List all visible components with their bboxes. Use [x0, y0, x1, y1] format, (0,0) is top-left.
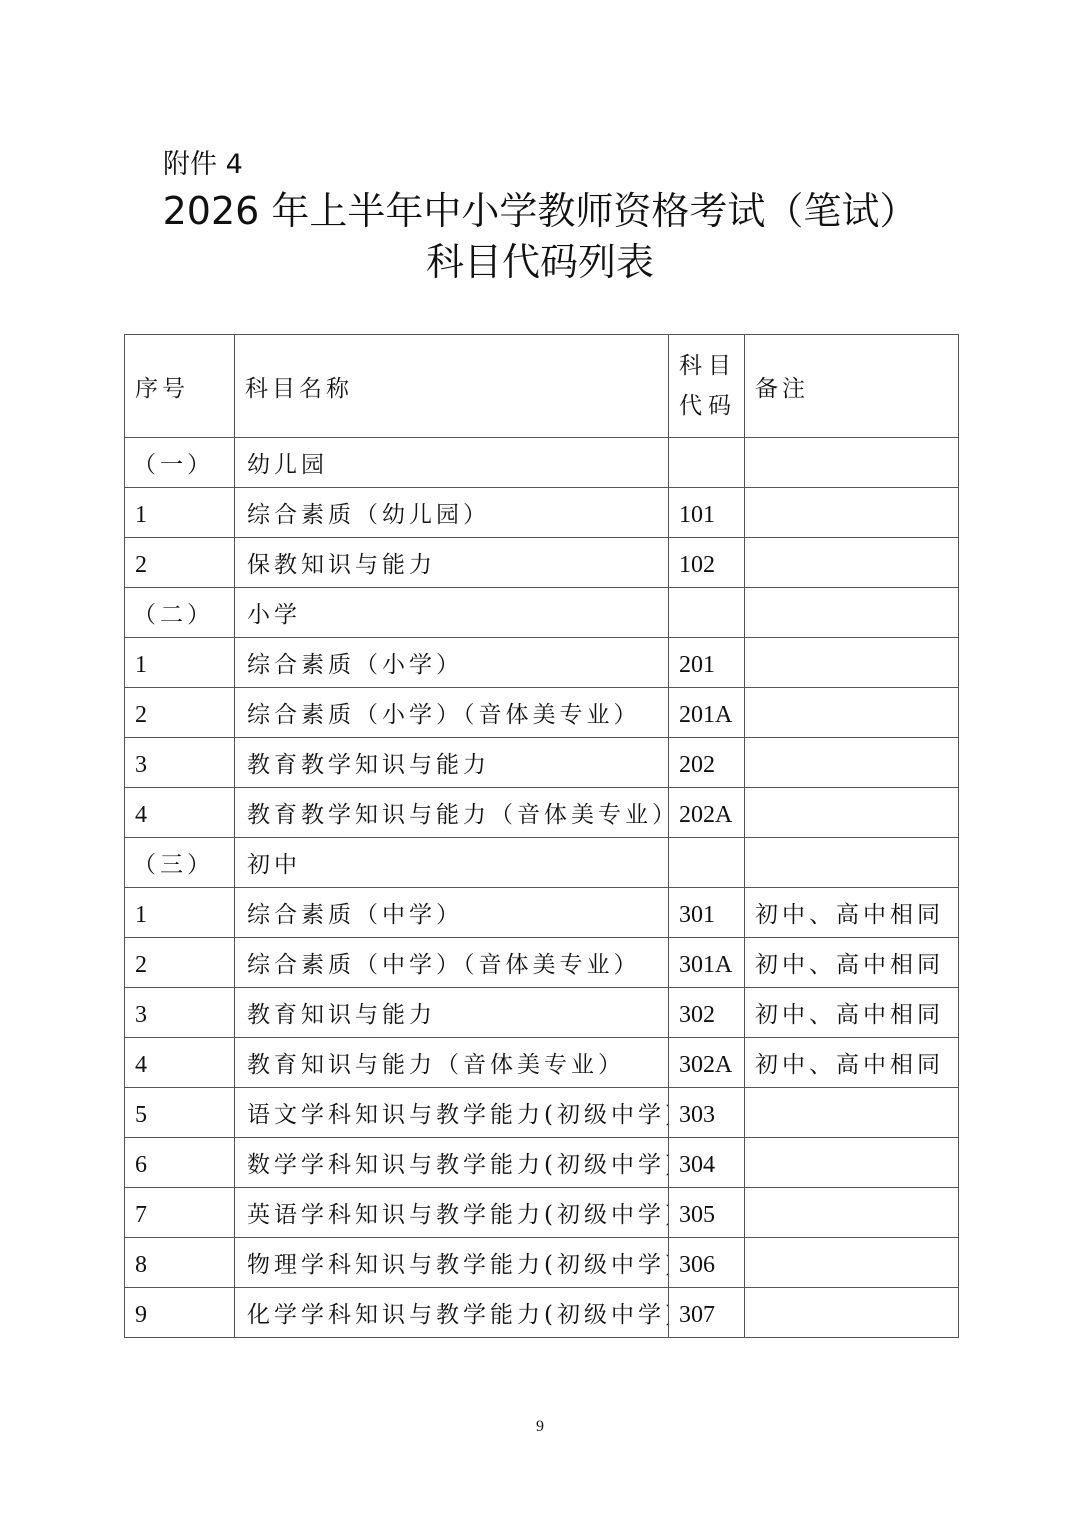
cell-note: [745, 438, 959, 488]
cell-note: [745, 1088, 959, 1138]
cell-seq: 8: [125, 1238, 235, 1288]
table-row: 5语文学科知识与教学能力(初级中学)303: [125, 1088, 959, 1138]
table-header-row: 序号 科目名称 科目代码 备注: [125, 335, 959, 438]
cell-seq: 2: [125, 538, 235, 588]
cell-code: 302A: [669, 1038, 745, 1088]
header-seq: 序号: [125, 335, 235, 438]
header-code-line2: 代码: [679, 393, 737, 419]
cell-note: 初中、高中相同: [745, 938, 959, 988]
cell-seq: 6: [125, 1138, 235, 1188]
cell-name: 初中: [235, 838, 669, 888]
document-subtitle: 科目代码列表: [0, 243, 1080, 281]
cell-name: 化学学科知识与教学能力(初级中学): [235, 1288, 669, 1338]
cell-note: [745, 488, 959, 538]
table-row: 3教育知识与能力302初中、高中相同: [125, 988, 959, 1038]
cell-note: 初中、高中相同: [745, 1038, 959, 1088]
cell-seq: 4: [125, 1038, 235, 1088]
cell-code: [669, 438, 745, 488]
table-row: 6数学学科知识与教学能力(初级中学)304: [125, 1138, 959, 1188]
table-row: 1综合素质（小学）201: [125, 638, 959, 688]
cell-code: 101: [669, 488, 745, 538]
cell-note: [745, 838, 959, 888]
cell-code: 301A: [669, 938, 745, 988]
cell-seq: 1: [125, 638, 235, 688]
table-row: 2综合素质（小学）（音体美专业）201A: [125, 688, 959, 738]
cell-seq: （一）: [125, 438, 235, 488]
cell-seq: 4: [125, 788, 235, 838]
table-row: 4教育知识与能力（音体美专业）302A初中、高中相同: [125, 1038, 959, 1088]
cell-code: 302: [669, 988, 745, 1038]
cell-name: 物理学科知识与教学能力(初级中学): [235, 1238, 669, 1288]
cell-seq: 5: [125, 1088, 235, 1138]
cell-note: [745, 588, 959, 638]
page-number: 9: [0, 1418, 1080, 1436]
cell-seq: 3: [125, 988, 235, 1038]
cell-code: 301: [669, 888, 745, 938]
cell-name: 教育教学知识与能力: [235, 738, 669, 788]
header-code-line1: 科目: [679, 353, 737, 379]
header-note: 备注: [745, 335, 959, 438]
cell-code: [669, 588, 745, 638]
table-row: 7英语学科知识与教学能力(初级中学)305: [125, 1188, 959, 1238]
cell-note: 初中、高中相同: [745, 888, 959, 938]
cell-code: 202: [669, 738, 745, 788]
cell-seq: 7: [125, 1188, 235, 1238]
cell-code: 201: [669, 638, 745, 688]
section-row: （二）小学: [125, 588, 959, 638]
cell-note: [745, 638, 959, 688]
cell-name: 教育知识与能力: [235, 988, 669, 1038]
cell-seq: 1: [125, 888, 235, 938]
table-row: 8物理学科知识与教学能力(初级中学)306: [125, 1238, 959, 1288]
table-row: 1综合素质（中学）301初中、高中相同: [125, 888, 959, 938]
cell-code: [669, 838, 745, 888]
cell-seq: （二）: [125, 588, 235, 638]
table-row: 4教育教学知识与能力（音体美专业）202A: [125, 788, 959, 838]
cell-code: 102: [669, 538, 745, 588]
cell-code: 306: [669, 1238, 745, 1288]
table-row: 9化学学科知识与教学能力(初级中学)307: [125, 1288, 959, 1338]
cell-name: 综合素质（小学）: [235, 638, 669, 688]
cell-code: 305: [669, 1188, 745, 1238]
cell-code: 303: [669, 1088, 745, 1138]
cell-note: [745, 1138, 959, 1188]
cell-name: 幼儿园: [235, 438, 669, 488]
cell-code: 201A: [669, 688, 745, 738]
cell-name: 英语学科知识与教学能力(初级中学): [235, 1188, 669, 1238]
cell-note: [745, 538, 959, 588]
header-name: 科目名称: [235, 335, 669, 438]
subject-code-table: 序号 科目名称 科目代码 备注 （一）幼儿园1综合素质（幼儿园）1012保教知识…: [124, 334, 959, 1338]
cell-note: 初中、高中相同: [745, 988, 959, 1038]
cell-code: 304: [669, 1138, 745, 1188]
cell-code: 202A: [669, 788, 745, 838]
cell-seq: 9: [125, 1288, 235, 1338]
cell-note: [745, 788, 959, 838]
cell-name: 教育教学知识与能力（音体美专业）: [235, 788, 669, 838]
cell-seq: 3: [125, 738, 235, 788]
cell-name: 语文学科知识与教学能力(初级中学): [235, 1088, 669, 1138]
table-row: 2综合素质（中学）（音体美专业）301A初中、高中相同: [125, 938, 959, 988]
cell-note: [745, 688, 959, 738]
cell-seq: 2: [125, 938, 235, 988]
cell-seq: 1: [125, 488, 235, 538]
document-title: 2026 年上半年中小学教师资格考试（笔试）: [0, 192, 1080, 230]
cell-seq: （三）: [125, 838, 235, 888]
cell-name: 综合素质（小学）（音体美专业）: [235, 688, 669, 738]
cell-code: 307: [669, 1288, 745, 1338]
cell-name: 小学: [235, 588, 669, 638]
section-row: （三）初中: [125, 838, 959, 888]
cell-name: 综合素质（中学）: [235, 888, 669, 938]
cell-name: 教育知识与能力（音体美专业）: [235, 1038, 669, 1088]
cell-name: 数学学科知识与教学能力(初级中学): [235, 1138, 669, 1188]
attachment-label: 附件 4: [163, 142, 243, 181]
cell-note: [745, 1288, 959, 1338]
table-row: 2保教知识与能力102: [125, 538, 959, 588]
header-code: 科目代码: [669, 335, 745, 438]
cell-note: [745, 738, 959, 788]
cell-note: [745, 1238, 959, 1288]
cell-name: 保教知识与能力: [235, 538, 669, 588]
cell-name: 综合素质（幼儿园）: [235, 488, 669, 538]
table-row: 3教育教学知识与能力202: [125, 738, 959, 788]
cell-note: [745, 1188, 959, 1238]
table-row: 1综合素质（幼儿园）101: [125, 488, 959, 538]
cell-seq: 2: [125, 688, 235, 738]
cell-name: 综合素质（中学）（音体美专业）: [235, 938, 669, 988]
section-row: （一）幼儿园: [125, 438, 959, 488]
